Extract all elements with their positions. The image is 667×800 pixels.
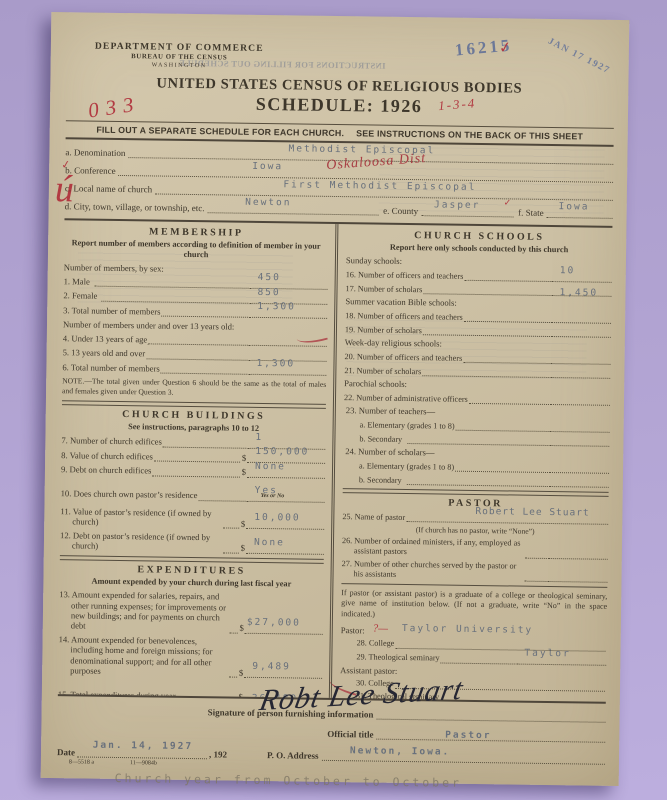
q12-leader xyxy=(223,543,239,553)
q25-leader xyxy=(406,512,472,523)
q17-answer: 1,450 xyxy=(551,285,611,297)
state-answer-line: Iowa xyxy=(547,207,613,219)
q20-label: 20. Number of officers and teachers xyxy=(345,352,463,363)
q29-value: Taylor xyxy=(524,648,570,660)
q5-leader xyxy=(146,349,248,360)
membership-heading: MEMBERSHIP xyxy=(64,225,328,240)
form-columns: MEMBERSHIP Report number of members acco… xyxy=(58,218,613,702)
signature-section: Robt Lee Stuart Signature of person furn… xyxy=(57,694,606,792)
section-divider xyxy=(343,488,609,497)
church-schools-heading: CHURCH SCHOOLS xyxy=(346,229,612,244)
q29-answer: Taylor xyxy=(516,653,606,665)
q29-label: 29. Theological seminary xyxy=(356,652,439,663)
q4-row: 4. Under 13 years of age xyxy=(63,332,327,347)
q21-row: 21. Number of scholars xyxy=(344,364,610,379)
q19-row: 19. Number of scholars xyxy=(345,323,611,338)
q3-leader xyxy=(161,307,248,318)
red-checkmark-county: ✓ xyxy=(504,197,512,208)
q21-label: 21. Number of scholars xyxy=(344,366,421,377)
q27-leader xyxy=(524,571,546,581)
q30-label: 30. College xyxy=(356,678,394,688)
conference-value: Iowa xyxy=(252,161,283,172)
spacer xyxy=(61,478,325,488)
q23b-label: b. Secondary xyxy=(359,434,406,444)
q6-label: 6. Total number of members xyxy=(62,362,159,374)
q14-value: 9,489 xyxy=(252,661,291,673)
q19-leader xyxy=(423,326,550,338)
q9-row: 9. Debt on church edifices $ None xyxy=(61,464,325,479)
q6-leader xyxy=(161,364,248,375)
po-address-value: Newton, Iowa. xyxy=(350,745,451,757)
q11-label: 11. Value of pastor’s residence (if owne… xyxy=(60,506,222,529)
spacer xyxy=(227,760,267,761)
q16-row: 16. Number of officers and teachers 10 xyxy=(346,268,612,283)
signature-row: Signature of person furnishing informati… xyxy=(208,706,606,723)
q19-label: 19. Number of scholars xyxy=(345,325,422,336)
church-buildings-heading: CHURCH BUILDINGS xyxy=(62,408,326,423)
q2-label: 2. Female xyxy=(63,291,100,302)
membership-subtitle: Report number of members according to de… xyxy=(64,238,328,262)
q25-label: 25. Name of pastor xyxy=(342,512,405,523)
state-label: f. State xyxy=(513,207,547,217)
q7-leader xyxy=(163,437,247,448)
q6-row: 6. Total number of members 1,300 xyxy=(62,361,326,376)
state-value: Iowa xyxy=(559,201,590,212)
q1-row: 1. Male 450 xyxy=(64,275,328,290)
q9-answer: None xyxy=(247,467,325,479)
q24b-row: b. Secondary xyxy=(343,473,609,488)
q14-label: 14. Amount expended for benevolences, in… xyxy=(58,634,228,678)
q4-label: 4. Under 13 years of age xyxy=(63,333,148,344)
date-label: Date xyxy=(57,747,75,757)
q12-label: 12. Debt on pastor’s residence (if owned… xyxy=(60,530,222,553)
q11-answer: 10,000 xyxy=(246,518,324,530)
q4-answer xyxy=(249,335,327,347)
scanned-census-form-page: { "meta": { "stamp_number": "16215", "st… xyxy=(0,0,667,800)
church-buildings-subtitle: See instructions, paragraphs 10 to 12 xyxy=(62,421,326,435)
q10-yes-or-no-hint: Yes or No xyxy=(261,493,285,501)
q4-leader xyxy=(148,335,248,346)
q5-label: 5. 13 years old and over xyxy=(63,348,146,359)
city-label: d. City, town, village, or township, etc… xyxy=(65,201,208,213)
q18-row: 18. Number of officers and teachers xyxy=(345,309,611,324)
q24b-label: b. Secondary xyxy=(359,475,406,485)
q23b-answer xyxy=(549,435,609,447)
q8-label: 8. Value of church edifices xyxy=(61,450,153,462)
q27-answer xyxy=(547,571,607,583)
q1-leader xyxy=(94,277,248,289)
q10-answer: Yes Yes or No xyxy=(247,491,325,503)
county-value: Jasper xyxy=(434,199,480,211)
q9-label: 9. Debt on church edifices xyxy=(61,465,152,477)
q23a-label: a. Elementary (grades 1 to 8) xyxy=(360,420,455,431)
conference-label: b. Conference xyxy=(65,165,119,176)
q20-row: 20. Number of officers and teachers xyxy=(345,350,611,365)
q23b-row: b. Secondary xyxy=(343,432,609,447)
q8-leader xyxy=(154,452,240,463)
q24a-leader xyxy=(455,462,548,473)
field-city-county-state: d. City, town, village, or township, etc… xyxy=(65,200,613,219)
q12-value: None xyxy=(254,536,285,548)
q22-label: 22. Number of administrative officers xyxy=(344,393,468,405)
official-title-value: Pastor xyxy=(445,730,491,742)
q3-value: 1,300 xyxy=(257,301,296,313)
q28-leader xyxy=(395,639,605,652)
form-code-left: 8—5518 a xyxy=(69,759,94,765)
q20-leader xyxy=(463,353,550,364)
q22-row: 22. Number of administrative officers xyxy=(344,391,610,406)
q28-label: 28. College xyxy=(357,638,395,648)
q26-label: 26. Number of ordained ministers, if any… xyxy=(342,536,524,558)
section-divider-thin xyxy=(341,583,607,588)
date-line: Jan. 14, 1927 xyxy=(77,746,207,759)
q24-label: 24. Number of scholars— xyxy=(345,447,609,461)
q9-leader xyxy=(152,466,239,477)
q12-row: 12. Debt on pastor’s residence (if owned… xyxy=(60,530,324,554)
church-year-typed-note: Church year from October to October xyxy=(115,771,605,792)
q3-answer: 1,300 xyxy=(249,307,327,319)
official-title-line: Pastor xyxy=(376,729,605,743)
q23a-row: a. Elementary (grades 1 to 8) xyxy=(344,418,610,433)
right-column: CHURCH SCHOOLS Report here only schools … xyxy=(331,224,613,702)
q17-row: 17. Number of scholars 1,450 xyxy=(345,282,611,297)
q22-answer xyxy=(550,394,610,406)
church-name-value: First Methodist Episcopal xyxy=(283,179,476,193)
q24a-answer xyxy=(549,462,609,474)
members-by-age-group-label: Number of members under and over 13 year… xyxy=(63,319,327,333)
q16-value: 10 xyxy=(560,265,576,277)
census-schedule-paper: INSTRUCTIONS FOR FILLING OUT SCHEDULE DE… xyxy=(41,12,630,786)
graduate-instruction-note: If pastor (or assistant pastor) is a gra… xyxy=(341,588,607,623)
pastor-institution-line: Pastor: ?— Taylor University xyxy=(341,623,607,639)
q14-row: 14. Amount expended for benevolences, in… xyxy=(58,634,323,679)
field-church-name: c. Local name of church First Methodist … xyxy=(65,182,613,201)
q24b-leader xyxy=(406,475,548,487)
left-column: MEMBERSHIP Report number of members acco… xyxy=(58,220,337,698)
q24b-answer xyxy=(549,476,609,488)
signature-line xyxy=(376,709,605,723)
q17-label: 17. Number of scholars xyxy=(345,284,422,295)
q6-value: 1,300 xyxy=(256,358,295,370)
q30-row: 30. College xyxy=(340,678,606,692)
q19-answer xyxy=(551,326,611,338)
members-by-sex-group-label: Number of members, by sex: xyxy=(64,262,328,276)
instruction-banner: FILL OUT A SEPARATE SCHEDULE FOR EACH CH… xyxy=(66,120,614,147)
q27-row: 27. Number of other churches served by t… xyxy=(341,559,607,582)
section-divider xyxy=(60,555,324,564)
q14-leader xyxy=(229,668,237,678)
q8-value: 150,000 xyxy=(255,446,309,458)
q13-leader xyxy=(229,623,237,633)
spacer xyxy=(58,679,322,689)
q26-answer xyxy=(548,548,608,560)
q16-label: 16. Number of officers and teachers xyxy=(346,270,464,281)
q29-leader xyxy=(441,653,516,664)
q13-answer: $27,000 xyxy=(245,622,323,634)
church-name-answer-line: First Methodist Episcopal xyxy=(155,183,613,200)
q10-label: 10. Does church own pastor’s residence xyxy=(61,489,198,501)
membership-note: NOTE.—The total given under Question 6 s… xyxy=(62,376,326,399)
q25-row: 25. Name of pastor Robert Lee Stuart xyxy=(342,510,608,525)
q2-value: 850 xyxy=(257,287,280,299)
q24a-label: a. Elementary (grades 1 to 8) xyxy=(359,461,454,472)
assistant-pastor-group-label: Assistant pastor: xyxy=(340,665,606,679)
date-value: Jan. 14, 1927 xyxy=(93,740,194,752)
q10-row: 10. Does church own pastor’s residence Y… xyxy=(61,488,325,503)
county-label: e. County xyxy=(378,206,421,217)
q18-label: 18. Number of officers and teachers xyxy=(345,311,463,322)
po-address-label: P. O. Address xyxy=(267,750,319,761)
official-title-label: Official title xyxy=(327,729,373,740)
pastor-line-label: Pastor: xyxy=(341,625,365,635)
expenditures-heading: EXPENDITURES xyxy=(60,563,324,578)
q14-answer: 9,489 xyxy=(244,667,322,679)
q28-value: Taylor University xyxy=(402,623,533,636)
parochial-schools-group-label: Parochial schools: xyxy=(344,378,610,392)
q18-answer xyxy=(551,312,611,324)
date-year-suffix: , 192 xyxy=(209,749,227,759)
q2-leader xyxy=(102,291,249,303)
banner-right-text: SEE INSTRUCTIONS ON THE BACK OF THIS SHE… xyxy=(356,128,583,141)
q26-leader xyxy=(525,549,547,559)
q3-row: 3. Total number of members 1,300 xyxy=(63,304,327,319)
q23-label: 23. Number of teachers— xyxy=(346,406,610,420)
section-divider xyxy=(62,400,326,409)
q30-leader xyxy=(395,679,605,692)
q12-answer: None xyxy=(246,542,324,554)
q13-value: $27,000 xyxy=(247,616,301,628)
expenditures-subtitle: Amount expended by your church during la… xyxy=(59,576,323,590)
q20-answer xyxy=(551,353,611,365)
q21-answer xyxy=(550,367,610,379)
q10-leader xyxy=(198,491,245,502)
form-code-right: 11—9084b xyxy=(130,760,157,766)
red-question-mark: ?— xyxy=(373,622,388,634)
church-schools-subtitle: Report here only schools conducted by th… xyxy=(346,242,612,256)
q17-leader xyxy=(423,285,550,297)
form-body: FILL OUT A SEPARATE SCHEDULE FOR EACH CH… xyxy=(41,12,630,792)
q11-value: 10,000 xyxy=(254,512,300,524)
q7-label: 7. Number of church edifices xyxy=(61,436,162,448)
q25-value: Robert Lee Stuart xyxy=(475,506,589,519)
q3-label: 3. Total number of members xyxy=(63,305,160,317)
q6-answer: 1,300 xyxy=(248,364,326,376)
q1-label: 1. Male xyxy=(64,276,94,287)
q25-hint: (If church has no pastor, write “None”) xyxy=(342,524,608,537)
county-answer-line: Jasper ✓ xyxy=(421,205,513,217)
q22-leader xyxy=(469,394,549,405)
q23a-answer xyxy=(550,421,610,433)
banner-left-text: FILL OUT A SEPARATE SCHEDULE FOR EACH CH… xyxy=(96,125,344,138)
city-answer-line: Newton xyxy=(207,202,378,215)
q25-answer: Robert Lee Stuart xyxy=(473,512,608,525)
q23a-leader xyxy=(456,421,549,432)
q29-row: 29. Theological seminary Taylor xyxy=(340,651,606,666)
city-value: Newton xyxy=(245,197,291,209)
q23b-leader xyxy=(407,434,549,446)
q11-leader xyxy=(223,519,239,529)
q16-leader xyxy=(464,271,551,282)
q1-value: 450 xyxy=(258,272,281,284)
q26-row: 26. Number of ordained ministers, if any… xyxy=(342,536,608,559)
official-title-row: Official title Pastor xyxy=(327,728,605,743)
q24a-row: a. Elementary (grades 1 to 8) xyxy=(343,459,609,474)
q18-leader xyxy=(464,312,551,323)
q27-label: 27. Number of other churches served by t… xyxy=(341,559,523,581)
weekday-religious-schools-group-label: Week-day religious schools: xyxy=(345,337,611,351)
q9-value: None xyxy=(255,461,286,473)
q7-value: 1 xyxy=(255,432,263,443)
q17-value: 1,450 xyxy=(559,287,598,299)
signature-label: Signature of person furnishing informati… xyxy=(208,707,374,719)
church-name-label: c. Local name of church xyxy=(65,183,155,194)
q13-row: 13. Amount expended for salaries, repair… xyxy=(59,590,324,635)
q11-row: 11. Value of pastor’s residence (if owne… xyxy=(60,506,324,530)
q16-answer: 10 xyxy=(552,271,612,283)
denomination-label: a. Denomination xyxy=(65,147,128,158)
q21-leader xyxy=(422,367,549,379)
q13-label: 13. Amount expended for salaries, repair… xyxy=(59,590,229,634)
